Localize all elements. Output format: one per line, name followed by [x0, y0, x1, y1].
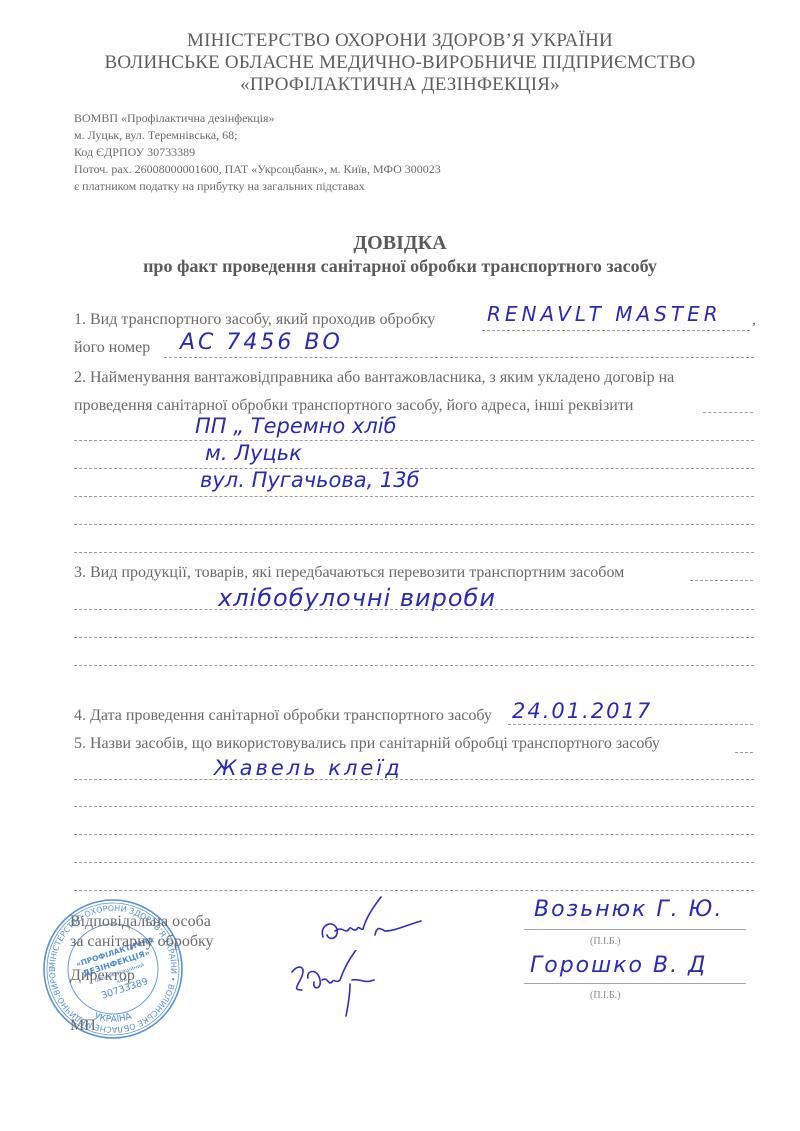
- responsible-label-line1: Відповідальна особа: [70, 913, 211, 931]
- responsible-pib-caption: (П.І.Б.): [590, 936, 620, 947]
- goods-type-value: хлібобулочні вироби: [218, 584, 496, 612]
- requisite-line: ВОМВП «Профілактична дезінфекція»: [74, 110, 441, 127]
- requisite-line: Поточ. рах. 26008000001600, ПАТ «Укрсоцб…: [74, 161, 441, 178]
- item2-line-1: [74, 440, 754, 441]
- document-subtitle: про факт проведення санітарної обробки т…: [0, 256, 800, 277]
- item2-line-5: [74, 552, 754, 553]
- item4-label: 4. Дата проведення санітарної обробки тр…: [74, 707, 492, 725]
- item2-line-3: [74, 496, 754, 497]
- responsible-name-underline: [524, 929, 746, 930]
- item2-line-4: [74, 524, 754, 525]
- item3-line-2: [74, 637, 754, 638]
- requisite-line: є платником податку на прибутку на загал…: [74, 178, 441, 195]
- item1-comma: ,: [752, 311, 756, 329]
- item3-underline-tail: [690, 580, 753, 581]
- enterprise-name-heading: «ПРОФІЛАКТИЧНА ДЕЗІНФЕКЦІЯ»: [0, 74, 800, 96]
- item5-underline-tail: [735, 752, 753, 753]
- item3-line-3: [74, 665, 754, 666]
- item4-underline: [508, 724, 753, 725]
- requisite-line: м. Луцьк, вул. Теремнівська, 68;: [74, 127, 441, 144]
- responsible-name-value: Возьнюк Г. Ю.: [534, 897, 723, 922]
- item3-label: 3. Вид продукції, товарів, які передбача…: [74, 564, 624, 582]
- disinfectant-value: Жавель клеїд: [214, 756, 403, 780]
- item5-line-3: [74, 834, 754, 835]
- vehicle-number-underline: [164, 357, 754, 358]
- treatment-date-value: 24.01.2017: [512, 699, 652, 723]
- shipper-name-value: ПП „ Теремно хліб: [195, 414, 397, 438]
- stamp-place-label: МП: [70, 1017, 96, 1035]
- item5-line-1: [74, 779, 754, 780]
- item5-line-2: [74, 806, 754, 807]
- vehicle-number-label: його номер: [74, 339, 150, 357]
- requisites-block: ВОМВП «Профілактична дезінфекція» м. Луц…: [74, 110, 441, 195]
- item2-label-line2: проведення санітарної обробки транспортн…: [74, 397, 633, 415]
- item2-underline-tail: [703, 412, 753, 413]
- item3-line-1: [74, 609, 754, 610]
- item1-label: 1. Вид транспортного засобу, який проход…: [74, 311, 435, 329]
- item2-label-line1: 2. Найменування вантажовідправника або в…: [74, 369, 674, 387]
- shipper-city-value: м. Луцьк: [205, 441, 302, 465]
- item5-label: 5. Назви засобів, що використовувались п…: [74, 735, 660, 753]
- director-signature: [288, 950, 398, 1020]
- director-name-value: Горошко В. Д: [530, 953, 707, 978]
- item5-line-5: [74, 890, 754, 891]
- item5-line-4: [74, 862, 754, 863]
- director-label: Директор: [70, 967, 135, 985]
- vehicle-type-value: RENAVLT MASTER: [487, 302, 722, 326]
- enterprise-heading: ВОЛИНСЬКЕ ОБЛАСНЕ МЕДИЧНО-ВИРОБНИЧЕ ПІДП…: [0, 52, 800, 74]
- requisite-line: Код ЄДРПОУ 30733389: [74, 144, 441, 161]
- responsible-label-line2: за санітарну обробку: [70, 933, 214, 951]
- document-title: ДОВІДКА: [0, 232, 800, 255]
- item1-underline: [482, 330, 750, 331]
- director-name-underline: [524, 983, 746, 984]
- vehicle-number-value: АС 7456 ВО: [180, 330, 343, 355]
- shipper-address-value: вул. Пугачьова, 13б: [200, 468, 420, 492]
- ministry-heading: МІНІСТЕРСТВО ОХОРОНИ ЗДОРОВ’Я УКРАЇНИ: [0, 30, 800, 52]
- director-pib-caption: (П.І.Б.): [590, 990, 620, 1001]
